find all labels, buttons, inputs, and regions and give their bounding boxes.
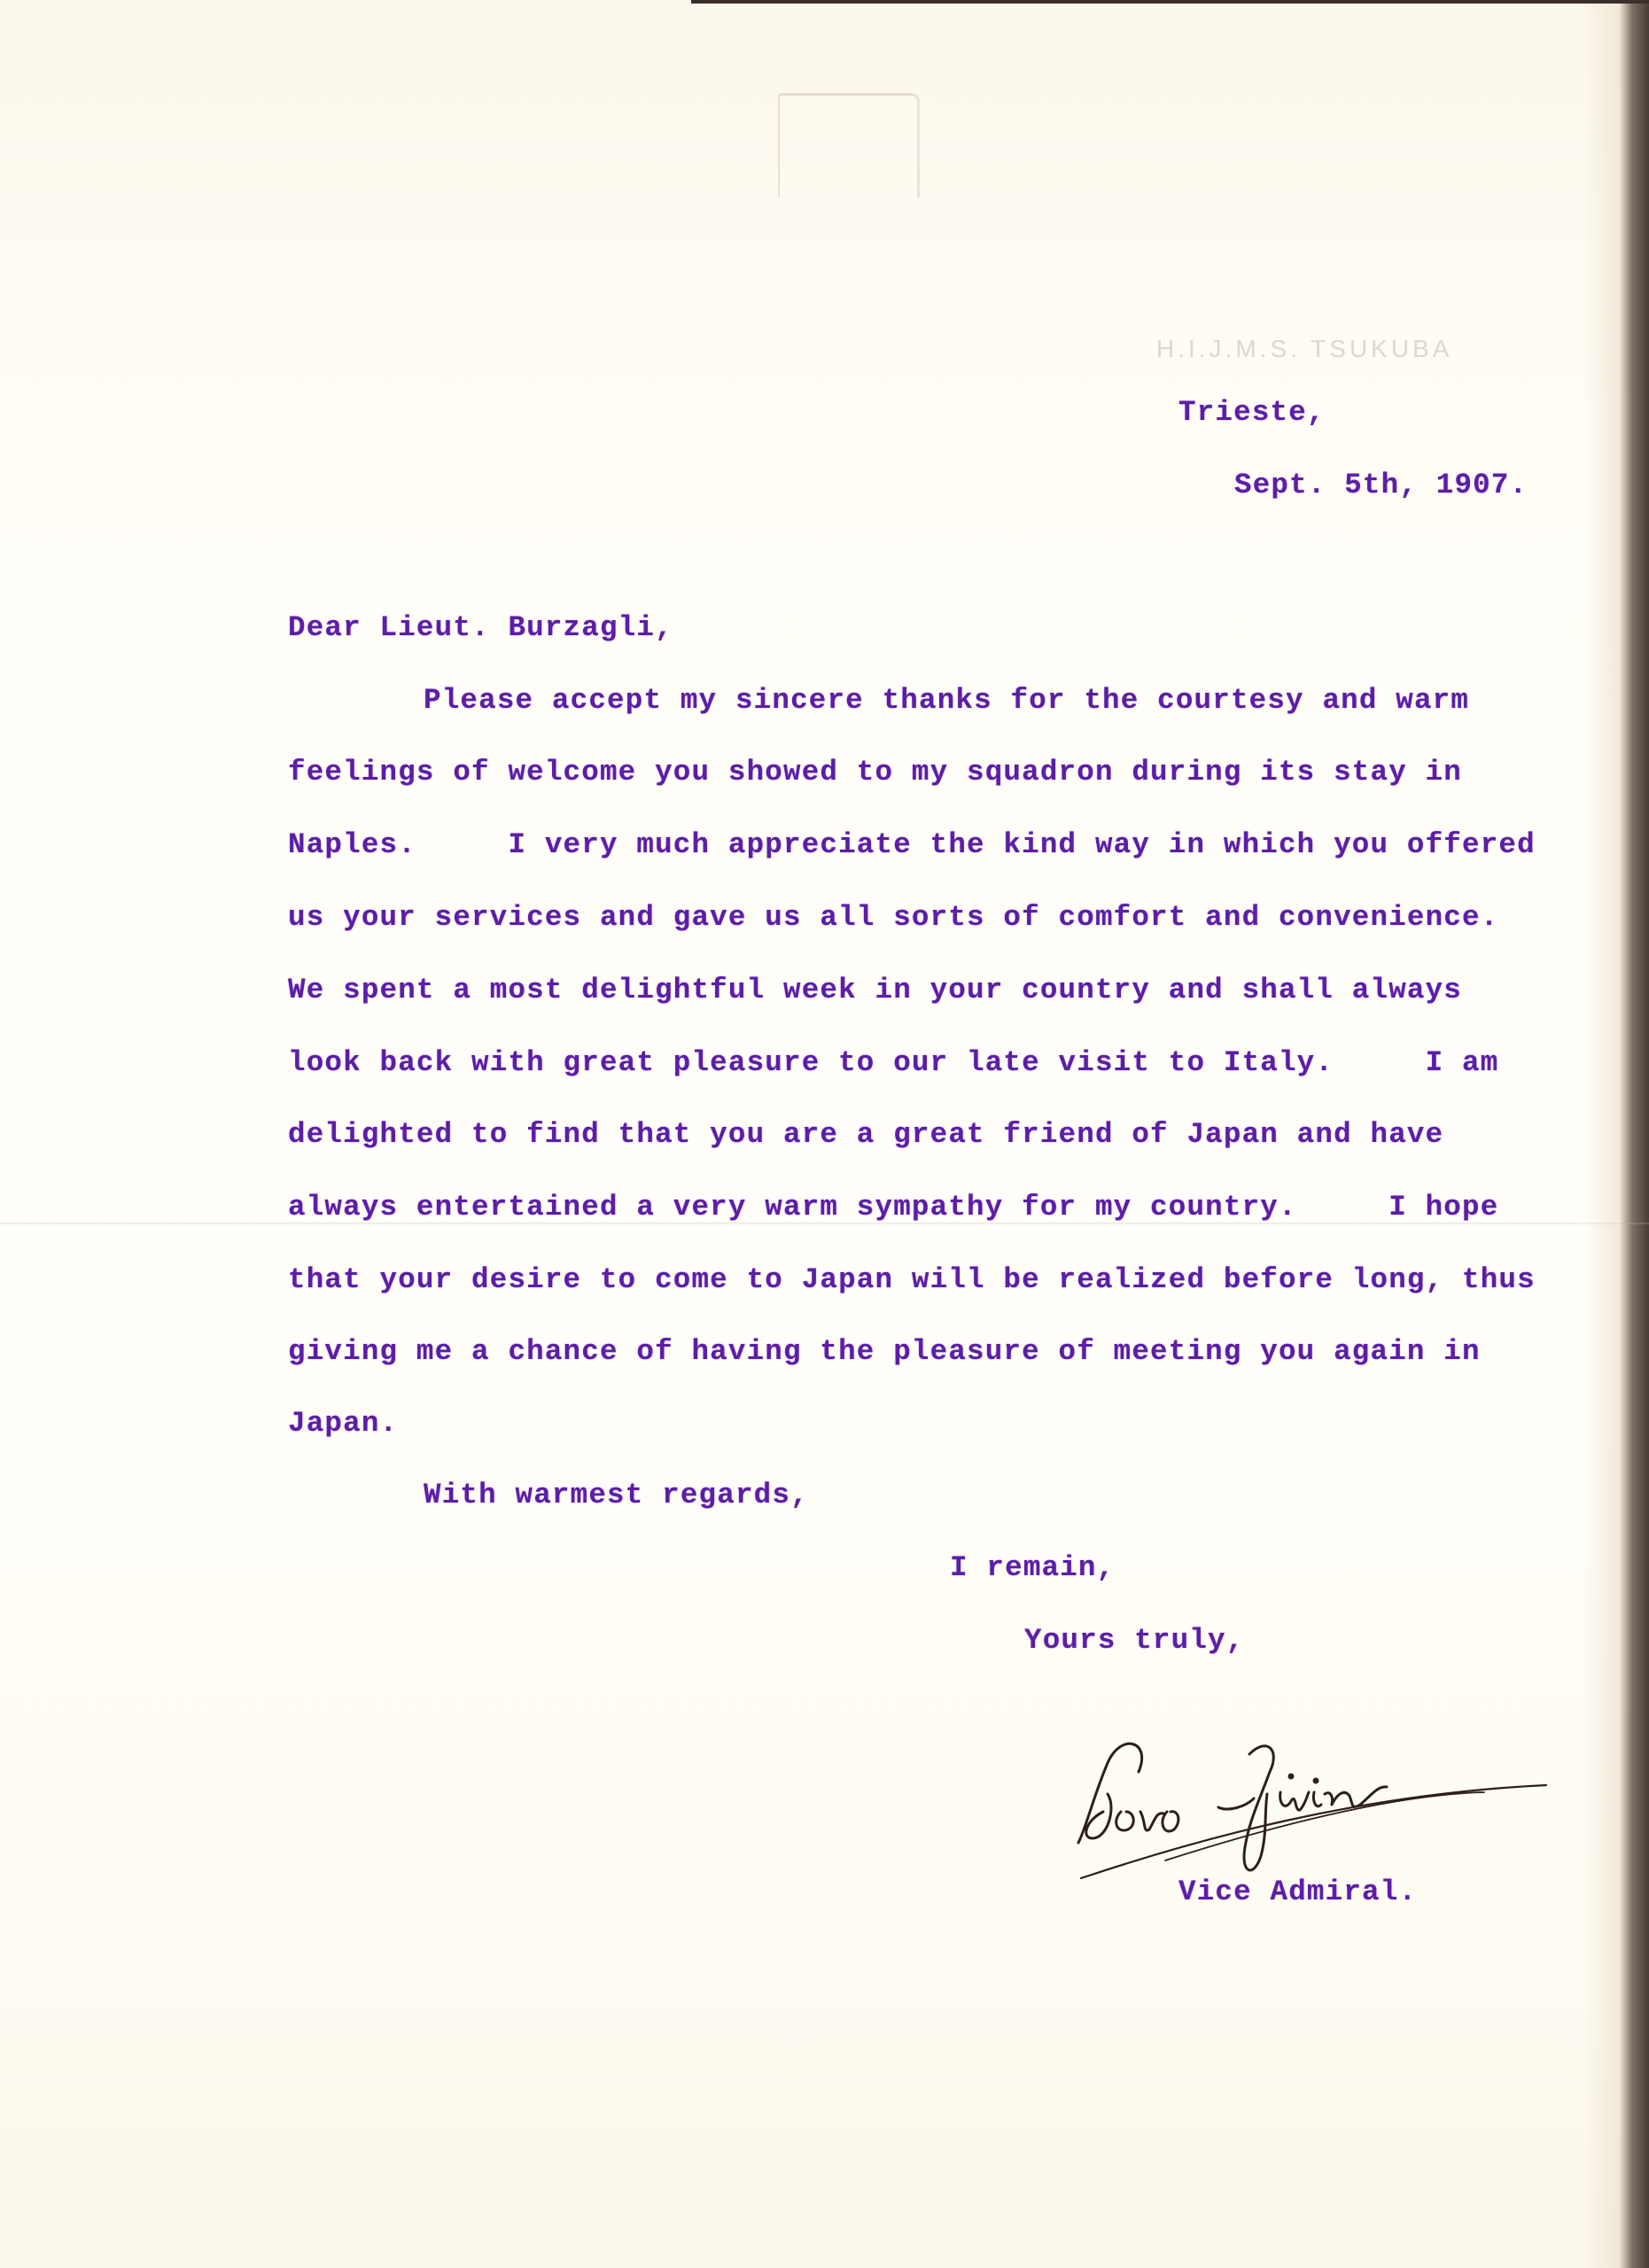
body-line: We spent a most delightful week in your … bbox=[288, 976, 1462, 1006]
handwritten-signature-icon bbox=[1068, 1688, 1564, 1891]
salutation: Dear Lieut. Burzagli, bbox=[288, 614, 673, 643]
body-line: us your services and gave us all sorts o… bbox=[288, 904, 1498, 933]
closing-remain: I remain, bbox=[950, 1554, 1115, 1583]
body-line: that your desire to come to Japan will b… bbox=[288, 1266, 1536, 1295]
scan-top-edge bbox=[691, 0, 1649, 4]
body-line: giving me a chance of having the pleasur… bbox=[288, 1338, 1481, 1367]
body-line: always entertained a very warm sympathy … bbox=[288, 1193, 1498, 1223]
body-line: look back with great pleasure to our lat… bbox=[288, 1049, 1498, 1078]
body-line: delighted to find that you are a great f… bbox=[288, 1121, 1443, 1150]
embossed-flag-crest-icon bbox=[778, 93, 920, 198]
closing-regards: With warmest regards, bbox=[424, 1481, 809, 1511]
body-line: Please accept my sincere thanks for the … bbox=[424, 687, 1469, 716]
body-line: Japan. bbox=[288, 1410, 398, 1439]
body-line: feelings of welcome you showed to my squ… bbox=[288, 758, 1462, 788]
closing-yours-truly: Yours truly, bbox=[1024, 1627, 1244, 1656]
letter-place: Trieste, bbox=[1178, 399, 1326, 428]
embossed-letterhead: H.I.J.M.S. TSUKUBA bbox=[1156, 335, 1452, 363]
signer-title: Vice Admiral. bbox=[1178, 1878, 1417, 1907]
letter-date: Sept. 5th, 1907. bbox=[1234, 471, 1528, 501]
body-line: Naples. I very much appreciate the kind … bbox=[288, 831, 1536, 860]
